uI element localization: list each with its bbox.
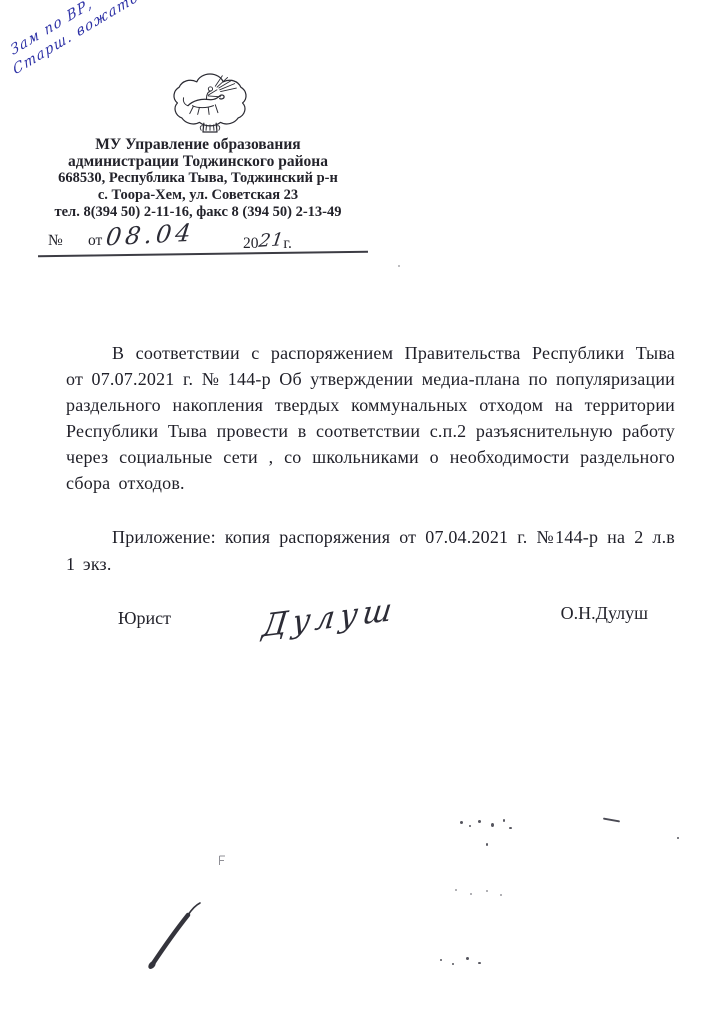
number-label: № [48,232,63,250]
address-line-2: с. Тоора-Хем, ул. Советская 23 [28,187,368,204]
body-paragraph: В соответствии с распоряжением Правитель… [66,340,675,496]
contacts-line: тел. 8(394 50) 2-11-16, факс 8 (394 50) … [28,204,368,221]
scan-speck [486,843,488,846]
scan-speck [677,837,679,839]
scan-speck [503,819,505,822]
scan-speck [478,962,481,964]
from-label: от [88,232,102,250]
attachment-paragraph: Приложение: копия распоряжения от 07.04.… [66,524,675,578]
handwritten-signature: Дулуш [260,591,399,644]
handwritten-year: 21 [257,229,285,252]
scan-speck [452,963,454,965]
scan-speck [466,957,469,960]
letterhead: МУ Управление образования администрации … [28,72,368,221]
year-suffix: г. [283,235,291,252]
signature-row: Юрист Дулуш О.Н.Дулуш [66,598,676,678]
scan-speck [478,820,481,823]
scan-artifact-f-mark [218,855,226,866]
scan-artifact-streak [140,893,220,973]
reference-line: № от 08.04 2021г. [0,228,430,264]
scan-speck [470,893,472,895]
scan-speck [440,959,442,961]
scan-speck [398,265,400,267]
scan-artifact-dash [603,818,620,823]
year-field: 2021г. [243,232,292,253]
signer-name: О.Н.Дулуш [561,603,648,624]
scan-speck [455,889,457,891]
scan-speck [491,823,494,827]
signer-position: Юрист [118,608,171,629]
org-name-line-2: администрации Тоджинского района [28,153,368,170]
org-name-line-1: МУ Управление образования [28,136,368,153]
handwritten-date: 08.04 [104,219,196,252]
scan-speck [469,825,471,827]
scan-speck [509,827,512,829]
address-line-1: 668530, Республика Тыва, Тоджинский р-н [28,170,368,187]
scan-speck [460,821,463,824]
handwritten-annotation: Зам по ВР, Старш. вожатому [7,0,162,74]
scan-speck [500,894,502,896]
year-prefix: 20 [243,235,259,252]
scan-speck [486,890,488,892]
tyva-coat-of-arms-icon [166,72,254,134]
scanned-letter-page: Зам по ВР, Старш. вожатому МУ Управление… [0,0,724,1024]
